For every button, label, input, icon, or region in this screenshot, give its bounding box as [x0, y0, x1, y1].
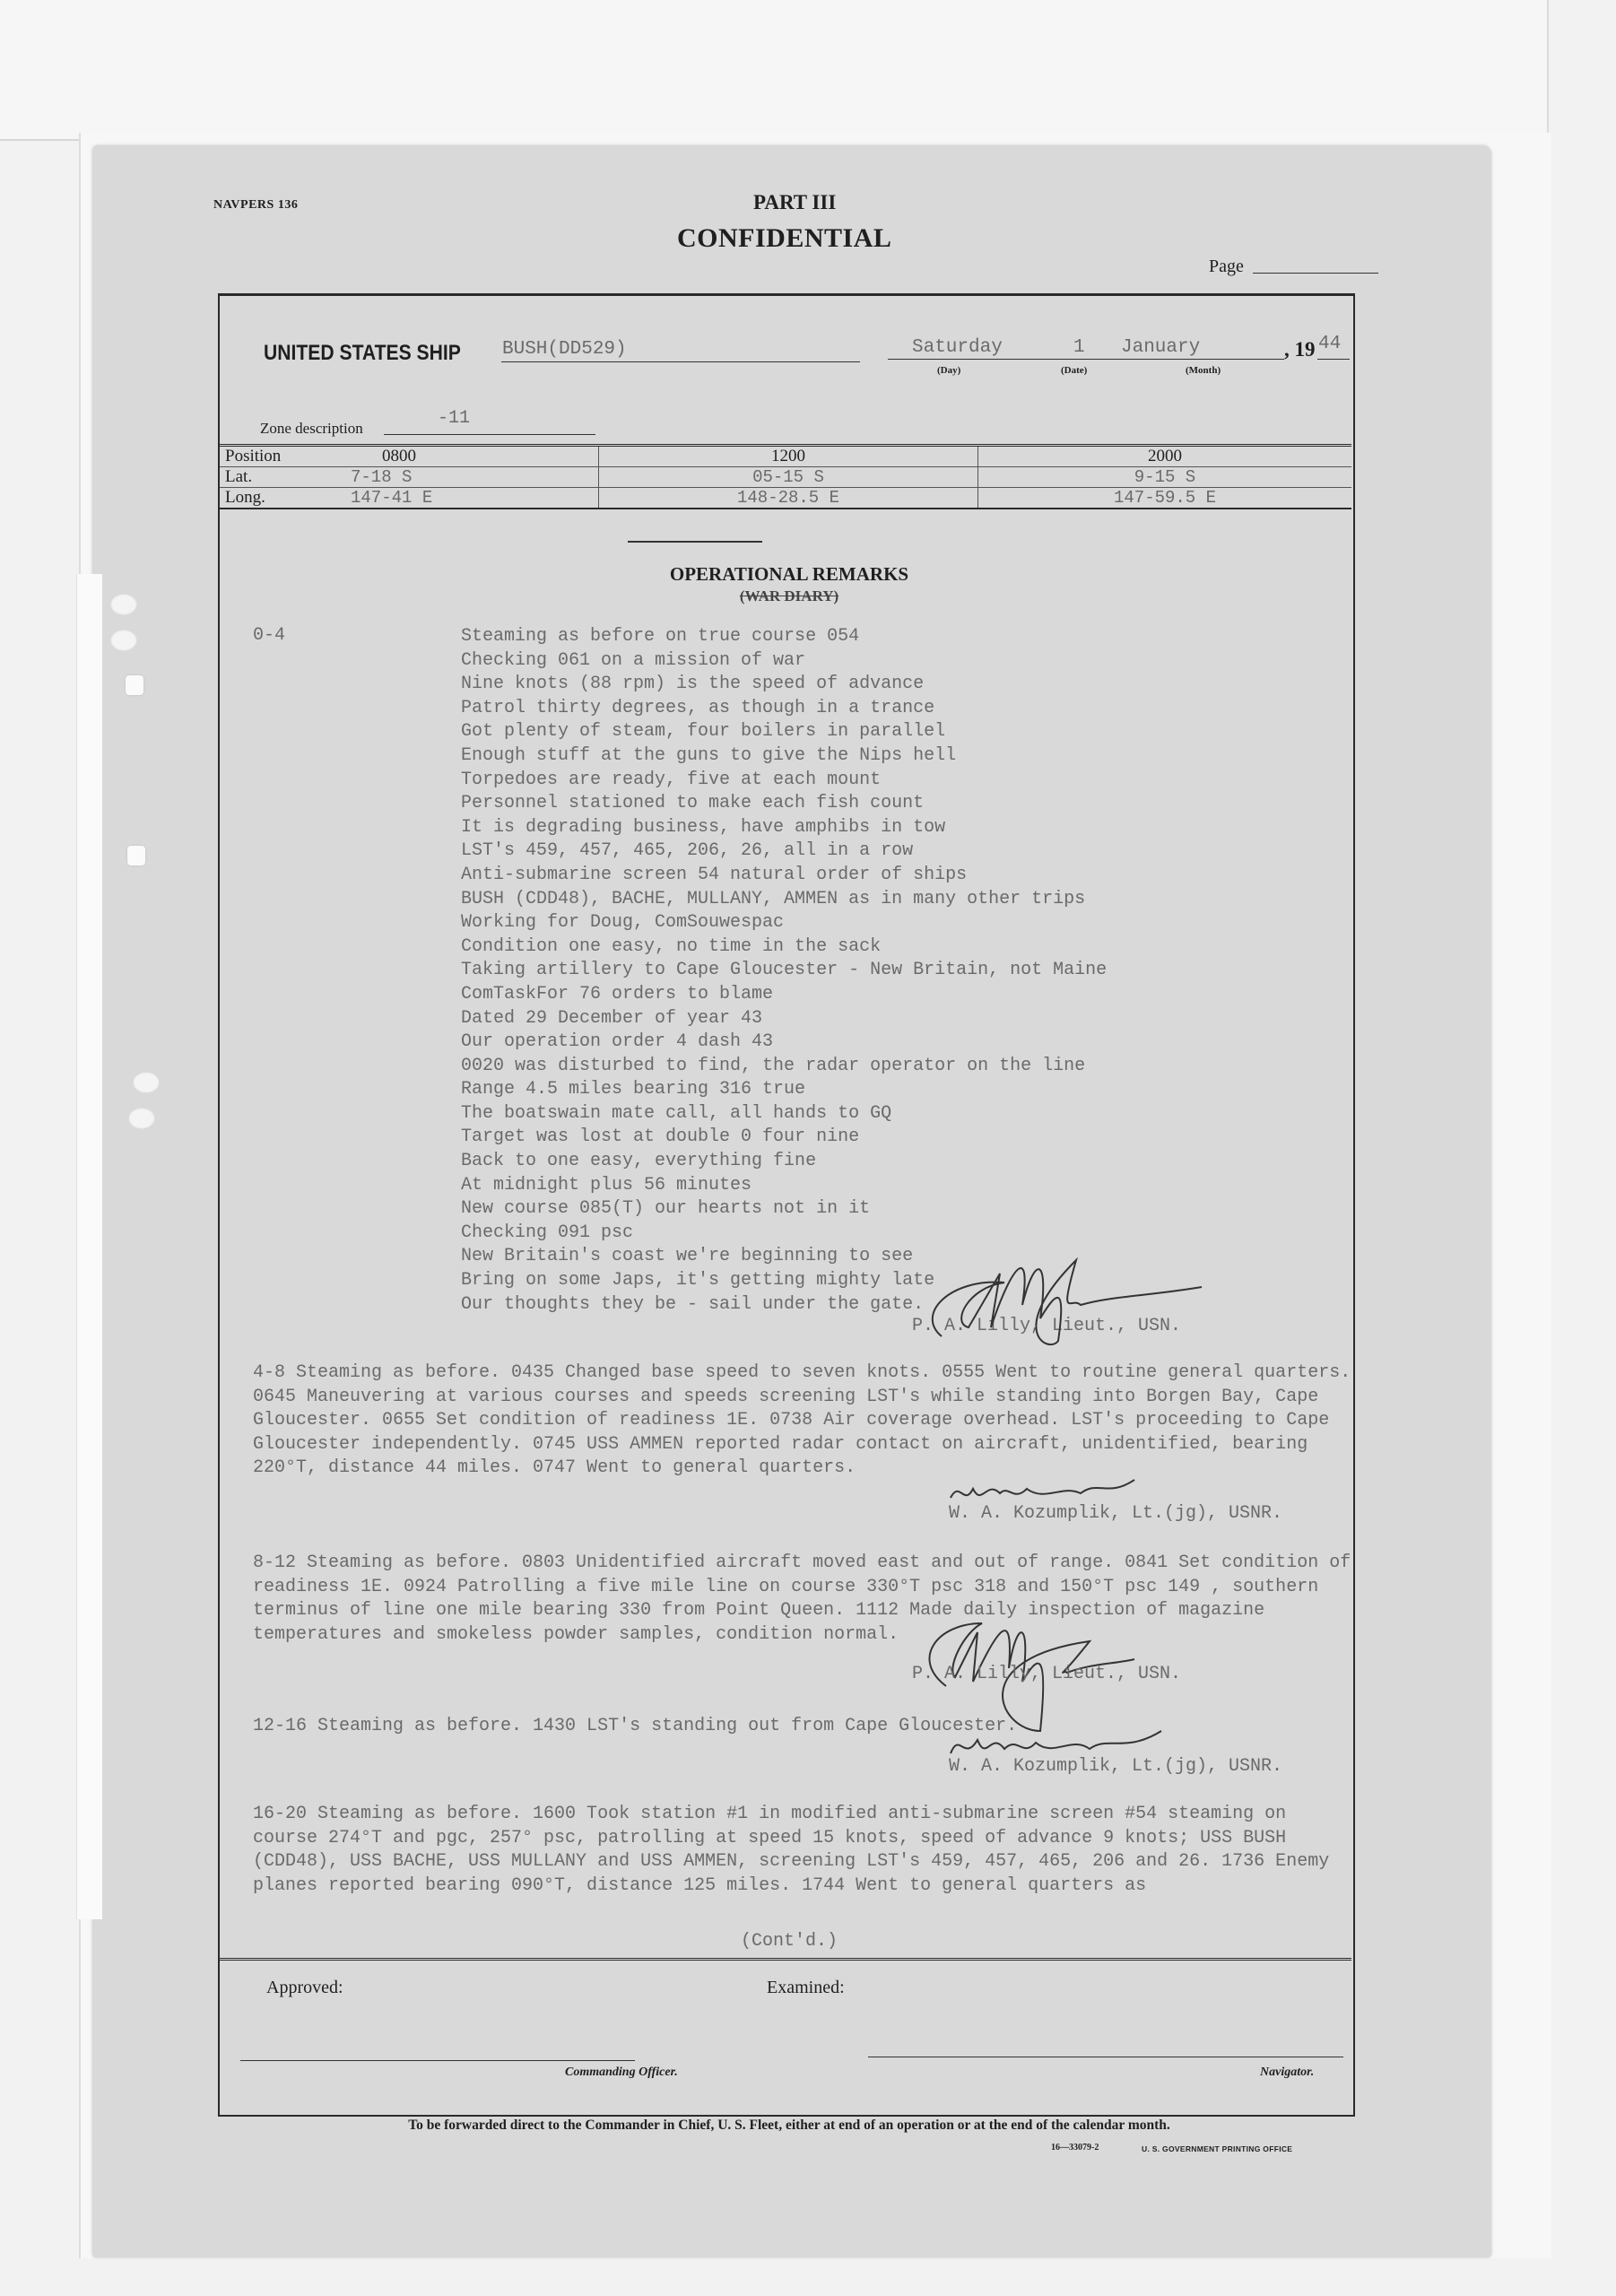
date-caption: (Date) [1061, 365, 1087, 376]
signature-name-lilly: P. A. Lilly, Lieut., USN. [912, 1664, 1181, 1684]
navigator-signature-line [868, 2057, 1343, 2057]
position-label: Position [225, 447, 315, 466]
ship-name: BUSH(DD529) [502, 339, 627, 360]
poem-line: ComTaskFor 76 orders to blame [461, 983, 1107, 1007]
punch-hole [110, 630, 137, 651]
watch-0-4-entry: Steaming as before on true course 054Che… [461, 625, 1107, 1317]
month-caption: (Month) [1186, 365, 1221, 376]
footer-divider [220, 1958, 1351, 1961]
handwritten-signature [915, 1242, 1211, 1359]
zone-value: -11 [438, 408, 470, 429]
poem-line: Range 4.5 miles bearing 316 true [461, 1078, 1107, 1102]
zone-label: Zone description [260, 420, 363, 438]
background-sheet [0, 0, 1549, 141]
watch-12-16-entry: 12-16 Steaming as before. 1430 LST's sta… [253, 1715, 1356, 1739]
continued-marker: (Cont'd.) [0, 1931, 1578, 1952]
poem-line: Dated 29 December of year 43 [461, 1007, 1107, 1031]
long-2000: 147-59.5 E [978, 488, 1352, 509]
poem-line: Checking 061 on a mission of war [461, 649, 1107, 674]
page-label: Page [1209, 257, 1244, 277]
commanding-officer-signature-line [240, 2060, 635, 2061]
approved-label: Approved: [266, 1978, 343, 1998]
time-1200: 1200 [599, 446, 978, 467]
time-2000: 2000 [978, 446, 1352, 467]
poem-line: The boatswain mate call, all hands to GQ [461, 1102, 1107, 1126]
long-0800: 147-41 E [315, 488, 432, 508]
lat-label: Lat. [225, 467, 315, 487]
poem-line: Nine knots (88 rpm) is the speed of adva… [461, 673, 1107, 697]
watch-label-0-4: 0-4 [253, 625, 285, 646]
form-number: NAVPERS 136 [213, 198, 298, 213]
poem-line: Personnel stationed to make each fish co… [461, 792, 1107, 816]
poem-line: Target was lost at double 0 four nine [461, 1126, 1107, 1150]
poem-line: New course 085(T) our hearts not in it [461, 1197, 1107, 1222]
table-row: Lat.7-18 S 05-15 S 9-15 S [220, 467, 1351, 488]
table-row: Position0800 1200 2000 [220, 446, 1351, 467]
navigator-caption: Navigator. [1260, 2066, 1314, 2080]
examined-label: Examined: [767, 1978, 845, 1998]
forwarding-note: To be forwarded direct to the Commander … [0, 2118, 1578, 2134]
time-0800: 0800 [315, 447, 416, 466]
lat-2000: 9-15 S [978, 467, 1352, 488]
binder-tab [126, 675, 143, 695]
date-value: 1 [1073, 337, 1085, 358]
day-caption: (Day) [937, 365, 960, 376]
long-1200: 148-28.5 E [599, 488, 978, 509]
poem-line: 0020 was disturbed to find, the radar op… [461, 1055, 1107, 1079]
remarks-title: OPERATIONAL REMARKS [0, 563, 1578, 586]
binder-tab [127, 846, 145, 865]
printer-name: U. S. GOVERNMENT PRINTING OFFICE [1142, 2144, 1292, 2153]
divider [628, 541, 762, 543]
poem-line: Condition one easy, no time in the sack [461, 935, 1107, 960]
poem-line: Working for Doug, ComSouwespac [461, 911, 1107, 935]
watch-16-20-entry: 16-20 Steaming as before. 1600 Took stat… [253, 1803, 1356, 1898]
binder-strip [76, 574, 103, 1919]
lat-0800: 7-18 S [315, 467, 412, 487]
zone-field-line [384, 434, 595, 435]
poem-line: At midnight plus 56 minutes [461, 1174, 1107, 1198]
ship-label: UNITED STATES SHIP [264, 341, 461, 366]
date-field-line [888, 359, 1284, 360]
signature-name-kozumplik: W. A. Kozumplik, Lt.(jg), USNR. [949, 1503, 1282, 1524]
poem-line: Back to one easy, everything fine [461, 1150, 1107, 1174]
lat-1200: 05-15 S [599, 467, 978, 488]
long-label: Long. [225, 488, 315, 508]
remarks-subtitle: (WAR DIARY) [0, 587, 1578, 605]
poem-line: LST's 459, 457, 465, 206, 26, all in a r… [461, 839, 1107, 864]
position-table: Position0800 1200 2000 Lat.7-18 S 05-15 … [220, 444, 1351, 509]
commanding-officer-caption: Commanding Officer. [565, 2066, 678, 2080]
classification-heading: CONFIDENTIAL [677, 223, 891, 254]
month-value: January [1121, 337, 1200, 358]
poem-line: Our operation order 4 dash 43 [461, 1031, 1107, 1055]
poem-line: Patrol thirty degrees, as though in a tr… [461, 697, 1107, 721]
year-value: 44 [1318, 334, 1341, 354]
part-heading: PART III [753, 191, 836, 214]
poem-line: Taking artillery to Cape Gloucester - Ne… [461, 959, 1107, 983]
poem-line: Anti-submarine screen 54 natural order o… [461, 864, 1107, 888]
poem-line: Got plenty of steam, four boilers in par… [461, 720, 1107, 744]
table-row: Long.147-41 E 148-28.5 E 147-59.5 E [220, 488, 1351, 509]
signature-name-kozumplik: W. A. Kozumplik, Lt.(jg), USNR. [949, 1756, 1282, 1777]
punch-hole [133, 1072, 160, 1093]
print-code: 16—33079-2 [1051, 2143, 1099, 2152]
ship-field-line [501, 361, 860, 362]
page-number-field [1253, 273, 1378, 274]
poem-line: Enough stuff at the guns to give the Nip… [461, 744, 1107, 769]
poem-line: BUSH (CDD48), BACHE, MULLANY, AMMEN as i… [461, 888, 1107, 912]
year-prefix: , 19 [1284, 338, 1316, 361]
watch-4-8-entry: 4-8 Steaming as before. 0435 Changed bas… [253, 1361, 1356, 1481]
day-value: Saturday [912, 337, 1003, 358]
poem-line: Steaming as before on true course 054 [461, 625, 1107, 649]
poem-line: It is degrading business, have amphibs i… [461, 816, 1107, 840]
year-field-line [1317, 359, 1350, 360]
watch-8-12-entry: 8-12 Steaming as before. 0803 Unidentifi… [253, 1552, 1356, 1647]
poem-line: Torpedoes are ready, five at each mount [461, 769, 1107, 793]
punch-hole [128, 1108, 155, 1129]
